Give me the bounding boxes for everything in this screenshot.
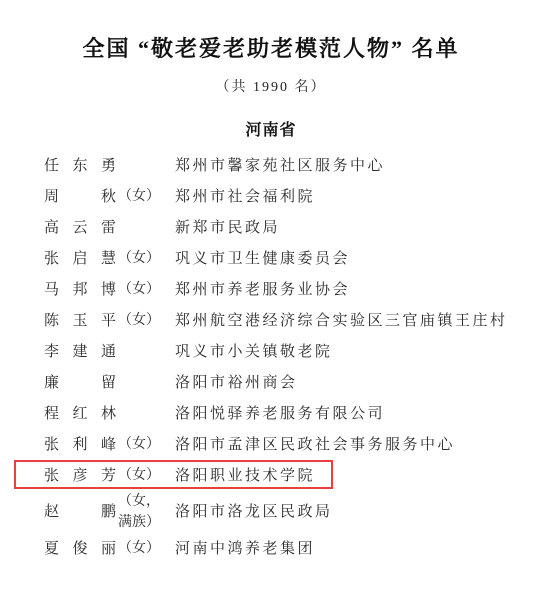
honoree-name: 李建通	[44, 342, 116, 362]
list-row: 陈玉平 （女） 郑州航空港经济综合实验区三官庙镇王庄村	[44, 305, 542, 336]
list-row: 张彦芳 （女） 洛阳职业技术学院	[44, 460, 542, 491]
honoree-name: 高云雷	[44, 218, 116, 238]
gender-note: （女）	[118, 186, 168, 207]
honoree-name: 张彦芳	[44, 466, 116, 486]
list-row: 程红林 洛阳悦驿养老服务有限公司	[44, 398, 542, 429]
list-row: 周秋 （女） 郑州市社会福利院	[44, 181, 542, 212]
organization-name: 郑州市馨家苑社区服务中心	[175, 156, 385, 176]
list-row: 赵鹏 （女，满族） 洛阳市洛龙区民政局	[44, 491, 542, 533]
organization-name: 郑州航空港经济综合实验区三官庙镇王庄村	[175, 311, 508, 331]
organization-name: 巩义市小关镇敬老院	[175, 342, 333, 362]
gender-note: （女）	[118, 310, 168, 331]
honoree-name: 廉留	[44, 373, 116, 393]
list-row: 马邦博 （女） 郑州市养老服务业协会	[44, 274, 542, 305]
gender-note: （女）	[118, 465, 168, 486]
total-count: （共 1990 名）	[0, 78, 542, 98]
honoree-name: 马邦博	[44, 280, 116, 300]
honoree-name: 夏俊丽	[44, 539, 116, 559]
organization-name: 新郑市民政局	[175, 218, 280, 238]
honoree-name: 张启慧	[44, 249, 116, 269]
honoree-name: 任东勇	[44, 156, 116, 176]
organization-name: 洛阳市洛龙区民政局	[175, 502, 333, 522]
honoree-name: 赵鹏	[44, 502, 116, 522]
honoree-name: 程红林	[44, 404, 116, 424]
document-page: 全国 “敬老爱老助老模范人物” 名单 （共 1990 名） 河南省 任东勇 郑州…	[0, 0, 542, 599]
list-row: 廉留 洛阳市裕州商会	[44, 367, 542, 398]
list-row: 李建通 巩义市小关镇敬老院	[44, 336, 542, 367]
page-title: 全国 “敬老爱老助老模范人物” 名单	[0, 34, 542, 64]
honoree-name: 陈玉平	[44, 311, 116, 331]
organization-name: 郑州市养老服务业协会	[175, 280, 350, 300]
gender-note: （女）	[118, 434, 168, 455]
list-row: 任东勇 郑州市馨家苑社区服务中心	[44, 150, 542, 181]
honoree-name: 张利峰	[44, 435, 116, 455]
province-heading: 河南省	[0, 120, 542, 142]
honoree-list: 任东勇 郑州市馨家苑社区服务中心 周秋 （女） 郑州市社会福利院 高云雷 新郑市…	[0, 150, 542, 564]
list-row: 张启慧 （女） 巩义市卫生健康委员会	[44, 243, 542, 274]
organization-name: 河南中鸿养老集团	[175, 539, 315, 559]
organization-name: 巩义市卫生健康委员会	[175, 249, 350, 269]
list-row: 夏俊丽 （女） 河南中鸿养老集团	[44, 533, 542, 564]
gender-note: （女）	[118, 279, 168, 300]
organization-name: 洛阳悦驿养老服务有限公司	[175, 404, 385, 424]
honoree-name: 周秋	[44, 187, 116, 207]
organization-name: 洛阳市孟津区民政社会事务服务中心	[175, 435, 455, 455]
list-row: 高云雷 新郑市民政局	[44, 212, 542, 243]
gender-note: （女，满族）	[118, 491, 168, 533]
organization-name: 洛阳市裕州商会	[175, 373, 298, 393]
gender-note: （女）	[118, 248, 168, 269]
gender-note: （女）	[118, 538, 168, 559]
organization-name: 郑州市社会福利院	[175, 187, 315, 207]
organization-name: 洛阳职业技术学院	[175, 466, 315, 486]
list-row: 张利峰 （女） 洛阳市孟津区民政社会事务服务中心	[44, 429, 542, 460]
